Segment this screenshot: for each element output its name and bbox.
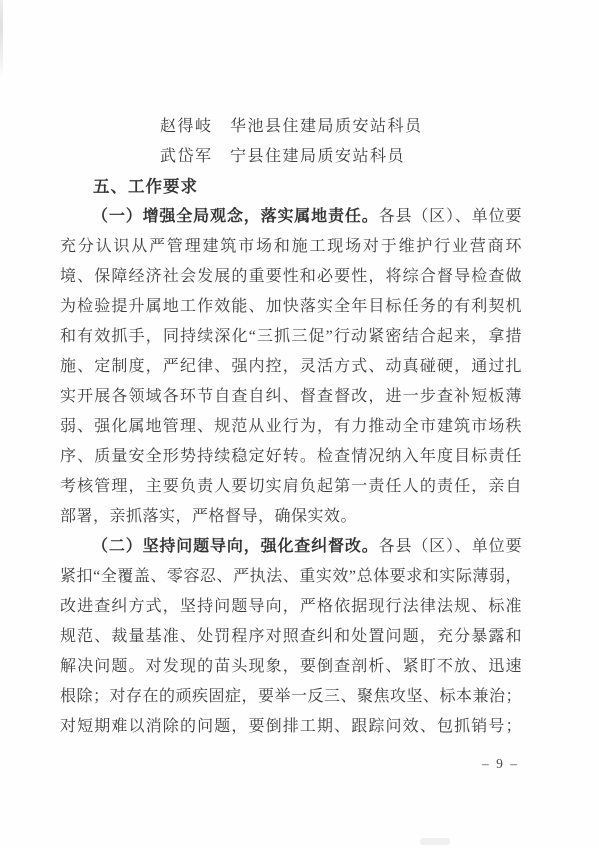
text-line: （一）增强全局观念，落实属地责任。各县（区）、单位要 <box>60 202 522 232</box>
document-page: 赵得岐 华池县住建局质安站科员武岱军 宁县住建局质安站科员五、工作要求（一）增强… <box>0 0 599 848</box>
text-line: 根除；对存在的顽疾固症，要举一反三、聚焦攻坚、标本兼治； <box>60 682 522 712</box>
text-line: 境、保障经济社会发展的重要性和必要性，将综合督导检查做 <box>60 262 522 292</box>
text-line: 为检验提升属地工作效能、加快落实全年目标任务的有利契机 <box>60 292 522 322</box>
text-line: 序、质量安全形势持续稳定好转。检查情况纳入年度目标责任 <box>60 442 522 472</box>
text-line: 规范、裁量基准、处罚程序对照查纠和处置问题，充分暴露和 <box>60 622 522 652</box>
page-number: – 9 – <box>482 756 519 772</box>
paragraph-text: 各县（区）、单位要 <box>379 538 522 555</box>
text-line: 紧扣“全覆盖、零容忍、严执法、重实效”总体要求和实际薄弱， <box>60 562 522 592</box>
document-body: 赵得岐 华池县住建局质安站科员武岱军 宁县住建局质安站科员五、工作要求（一）增强… <box>60 112 522 742</box>
scan-artifact-left-edge <box>0 0 3 78</box>
text-line: 解决问题。对发现的苗头现象，要倒查剖析、紧盯不放、迅速 <box>60 652 522 682</box>
text-line: （二）坚持问题导向，强化查纠督改。各县（区）、单位要 <box>60 532 522 562</box>
text-line: 改进查纠方式，坚持问题导向，严格依据现行法律法规、标准 <box>60 592 522 622</box>
paragraph-lead-bold: （二）坚持问题导向，强化查纠督改。 <box>92 538 379 555</box>
text-line: 充分认识从严管理建筑市场和施工现场对于维护行业营商环 <box>60 232 522 262</box>
text-line: 赵得岐 华池县住建局质安站科员 <box>160 112 522 142</box>
scan-artifact-bottom-smudge <box>420 838 450 845</box>
text-line: 武岱军 宁县住建局质安站科员 <box>160 142 522 172</box>
text-line: 部署，亲抓落实，严格督导，确保实效。 <box>60 502 522 532</box>
text-line: 考核管理，主要负责人要切实肩负起第一责任人的责任，亲自 <box>60 472 522 502</box>
text-line: 弱、强化属地管理、规范从业行为，有力推动全市建筑市场秩 <box>60 412 522 442</box>
paragraph-lead-bold: （一）增强全局观念，落实属地责任。 <box>92 208 379 225</box>
paragraph-text: 各县（区）、单位要 <box>379 208 522 225</box>
text-line: 五、工作要求 <box>60 172 522 202</box>
text-line: 实开展各领域各环节自查自纠、督查督改，进一步查补短板薄 <box>60 382 522 412</box>
text-line: 对短期难以消除的问题，要倒排工期、跟踪问效、包抓销号； <box>60 712 522 742</box>
text-line: 施、定制度，严纪律、强内控，灵活方式、动真碰硬，通过扎 <box>60 352 522 382</box>
text-line: 和有效抓手，同持续深化“三抓三促”行动紧密结合起来，拿措 <box>60 322 522 352</box>
